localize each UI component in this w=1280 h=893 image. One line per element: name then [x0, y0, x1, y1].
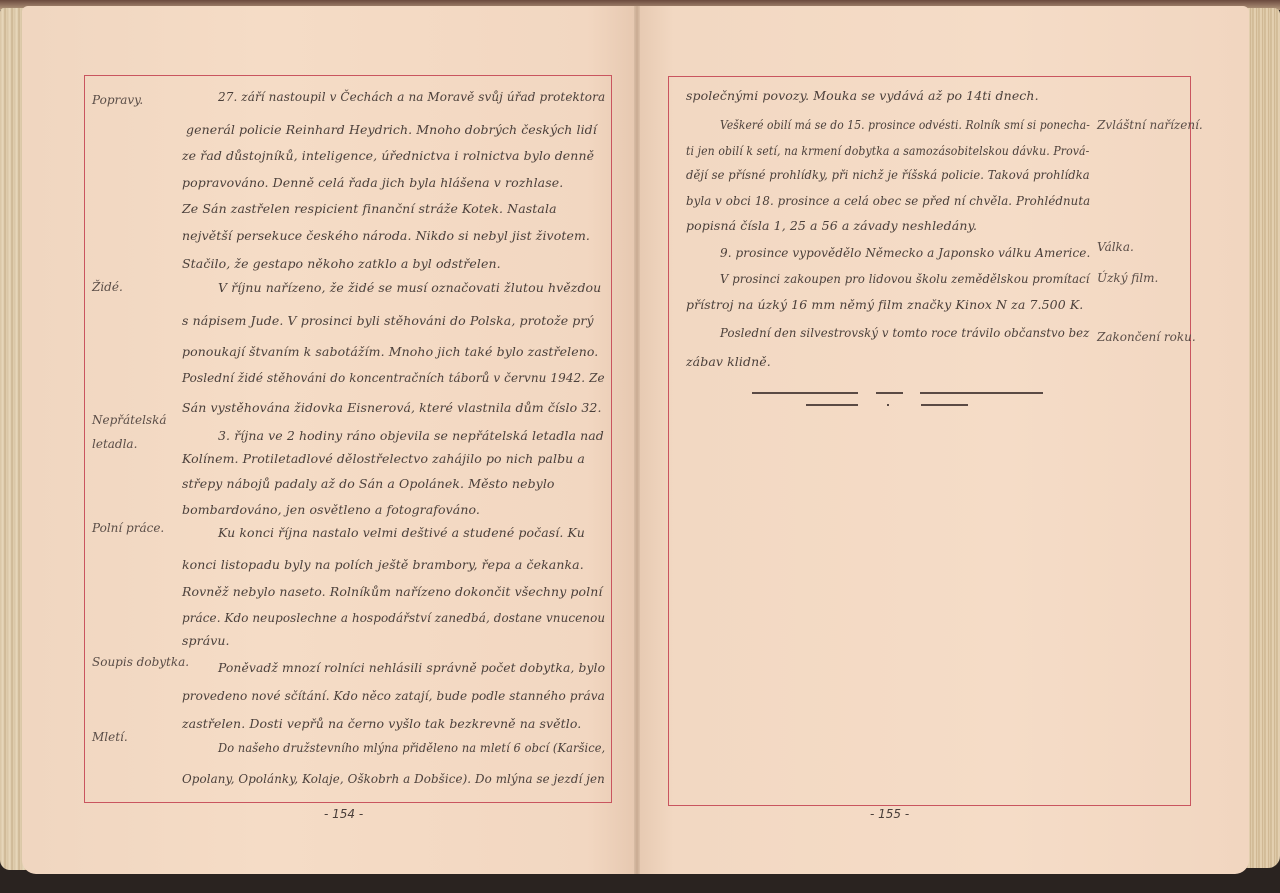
text-line: největší persekuce českého národa. Nikdo…	[182, 228, 590, 243]
text-line: Ze Sán zastřelen respicient finanční str…	[182, 201, 557, 216]
text-line: 3. října ve 2 hodiny ráno objevila se ne…	[218, 428, 604, 443]
text-line: Stačilo, že gestapo někoho zatklo a byl …	[182, 256, 501, 271]
text-line: dějí se přísné prohlídky, při nichž je ř…	[686, 167, 1090, 182]
margin-note: Židé.	[92, 280, 123, 294]
page-edges-right	[1245, 8, 1280, 868]
margin-note: Polní práce.	[92, 521, 164, 535]
text-line: V říjnu nařízeno, že židé se musí označo…	[218, 280, 601, 295]
text-line: střepy nábojů padaly až do Sán a Opoláne…	[182, 476, 555, 491]
text-line: zastřelen. Dosti vepřů na černo vyšlo ta…	[182, 716, 581, 731]
text-line: Sán vystěhována židovka Eisnerová, které…	[182, 400, 602, 415]
text-line: Poněvadž mnozí rolníci nehlásili správně…	[218, 660, 605, 675]
text-line: Do našeho družstevního mlýna přiděleno n…	[218, 740, 605, 755]
text-line: byla v obci 18. prosince a celá obec se …	[686, 193, 1090, 208]
text-line: generál policie Reinhard Heydrich. Mnoho…	[186, 122, 597, 137]
page-number-right: - 155 -	[870, 807, 909, 821]
text-line: správu.	[182, 633, 230, 648]
text-line: Poslední židé stěhováni do koncentračníc…	[182, 370, 605, 385]
closing-rule-line	[876, 392, 903, 394]
text-line: Poslední den silvestrovský v tomto roce …	[720, 325, 1089, 340]
margin-note: letadla.	[92, 437, 137, 451]
margin-note: Mletí.	[92, 730, 128, 744]
book-gutter	[634, 6, 640, 874]
text-line: Opolany, Opolánky, Kolaje, Oškobrh a Dob…	[182, 771, 605, 786]
text-line: popravováno. Denně celá řada jich byla h…	[182, 175, 563, 190]
closing-rule-line	[887, 404, 889, 406]
text-line: práce. Kdo neuposlechne a hospodářství z…	[182, 610, 605, 625]
text-line: společnými povozy. Mouka se vydává až po…	[686, 88, 1039, 103]
margin-note: Nepřátelská	[92, 413, 167, 427]
text-line: Kolínem. Protiletadlové dělostřelectvo z…	[182, 451, 585, 466]
text-line: konci listopadu byly na polích ještě bra…	[182, 557, 584, 572]
closing-rule-line	[806, 404, 858, 406]
closing-rule-line	[752, 392, 858, 394]
text-line: Ku konci října nastalo velmi deštivé a s…	[218, 525, 585, 540]
text-line: 27. září nastoupil v Čechách a na Moravě…	[218, 89, 605, 104]
text-line: Rovněž nebylo naseto. Rolníkům nařízeno …	[182, 584, 603, 599]
text-line: Veškeré obilí má se do 15. prosince odvé…	[720, 117, 1090, 132]
margin-note: Válka.	[1097, 240, 1134, 254]
open-chronicle-book: Popravy.Židé.Nepřátelskáletadla.Polní pr…	[0, 0, 1280, 880]
text-line: bombardováno, jen osvětleno a fotografov…	[182, 502, 480, 517]
margin-note: Zvláštní nařízení.	[1097, 118, 1203, 132]
text-line: 9. prosince vypovědělo Německo a Japonsk…	[720, 245, 1090, 260]
closing-rule-line	[921, 404, 968, 406]
text-line: ti jen obilí k setí, na krmení dobytka a…	[686, 143, 1089, 158]
right-page-frame	[668, 76, 1191, 806]
page-number-left: - 154 -	[324, 807, 363, 821]
text-line: přístroj na úzký 16 mm němý film značky …	[686, 297, 1083, 312]
text-line: popisná čísla 1, 25 a 56 a závady neshle…	[686, 218, 977, 233]
text-line: V prosinci zakoupen pro lidovou školu ze…	[720, 271, 1089, 286]
closing-rule-line	[920, 392, 1043, 394]
margin-note: Soupis dobytka.	[92, 655, 189, 669]
margin-note: Zakončení roku.	[1097, 330, 1196, 344]
margin-note: Úzký film.	[1097, 271, 1158, 285]
text-line: ponoukají štvaním k sabotážím. Mnoho jic…	[182, 344, 598, 359]
text-line: zábav klidně.	[686, 354, 771, 369]
text-line: s nápisem Jude. V prosinci byli stěhován…	[182, 313, 594, 328]
text-line: provedeno nové sčítání. Kdo něco zatají,…	[182, 688, 605, 703]
margin-note: Popravy.	[92, 93, 143, 107]
text-line: ze řad důstojníků, inteligence, úřednict…	[182, 148, 594, 163]
